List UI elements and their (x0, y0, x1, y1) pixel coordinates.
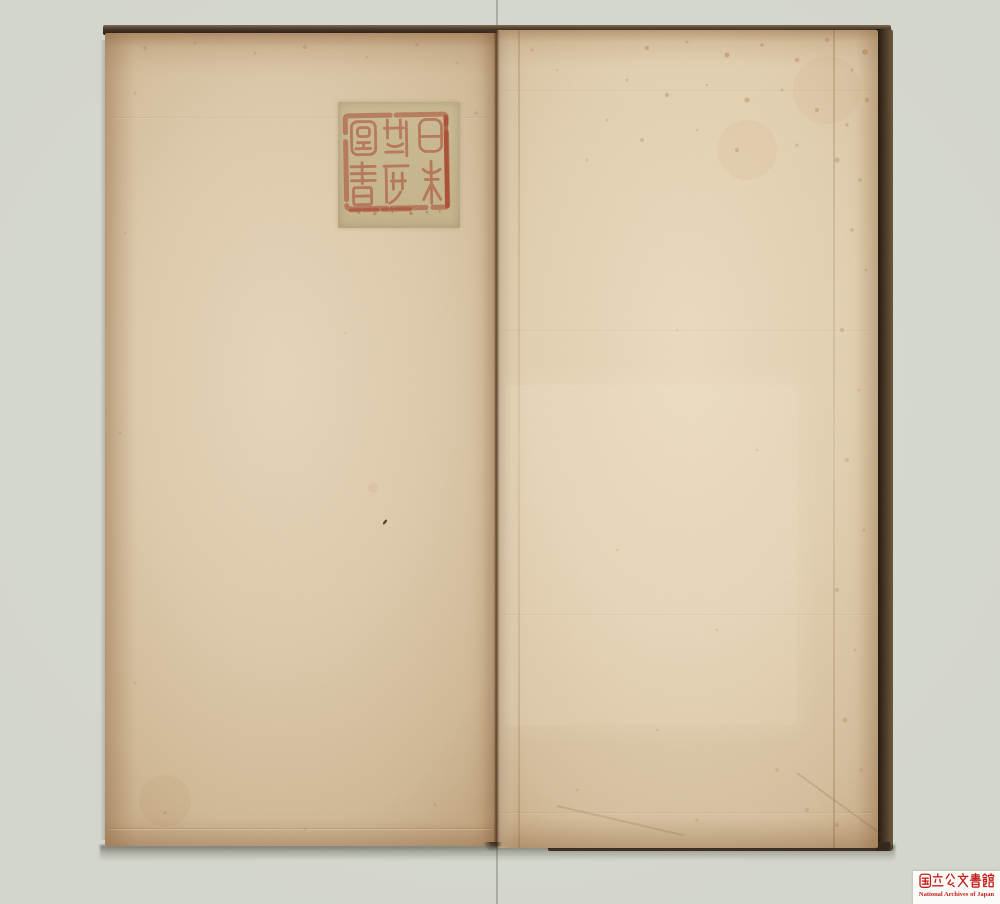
book-cover-fore-edge (876, 29, 893, 851)
archives-latin-label: National Archives of Japan (913, 891, 1000, 898)
archives-watermark: National Archives of Japan (913, 871, 1000, 904)
government-library-seal-stamp (340, 110, 454, 216)
seal-patch (338, 102, 460, 228)
gutter-bottom-shadow (479, 842, 507, 856)
foxing-spots (497, 30, 878, 848)
left-page (105, 33, 497, 846)
archives-kanji-logo (915, 872, 999, 890)
ink-speck (382, 519, 388, 525)
gutter-fold (495, 30, 498, 847)
right-page (497, 30, 878, 848)
scanned-book-spread: National Archives of Japan (0, 0, 1000, 904)
